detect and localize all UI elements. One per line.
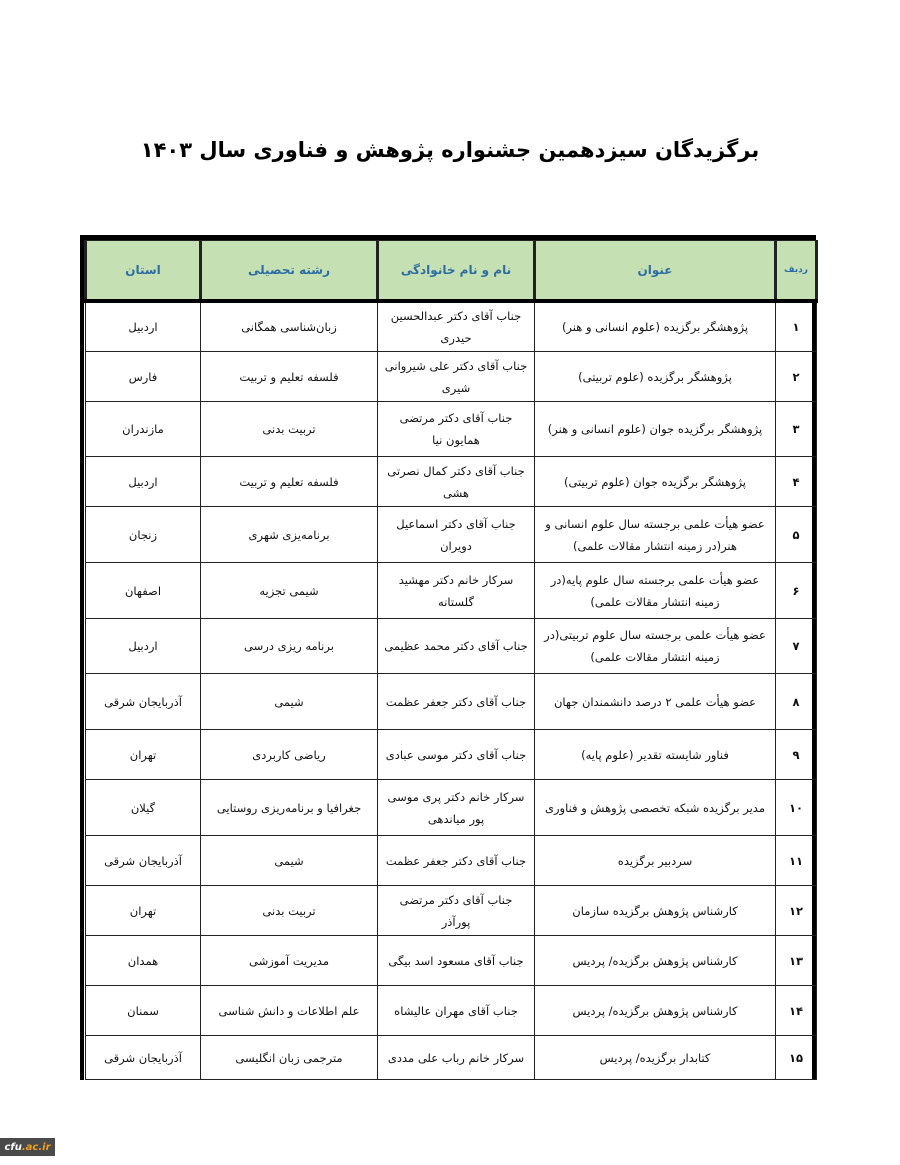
field-cell: برنامه ریزی درسی: [201, 619, 378, 674]
field-cell: علم اطلاعات و دانش شناسی: [201, 986, 378, 1036]
name-cell: جناب آقای دکتر مرتضی همایون نیا: [378, 402, 535, 457]
row-number-cell: ۱۴: [776, 986, 817, 1036]
title-cell: عضو هیأت علمی ۲ درصد دانشمندان جهان: [535, 674, 776, 730]
row-number-cell: ۳: [776, 402, 817, 457]
row-number-cell: ۹: [776, 730, 817, 780]
province-cell: سمنان: [86, 986, 201, 1036]
table-row: ۲پژوهشگر برگزیده (علوم تربیتی)جناب آقای …: [86, 352, 817, 402]
document-title: برگزیدگان سیزدهمین جشنواره پژوهش و فناور…: [0, 138, 900, 162]
name-cell: جناب آقای دکتر عبدالحسین حیدری: [378, 301, 535, 352]
province-cell: مازندران: [86, 402, 201, 457]
row-number-cell: ۸: [776, 674, 817, 730]
title-cell: کارشناس پژوهش برگزیده/ پردیس: [535, 936, 776, 986]
field-cell: مترجمی زبان انگلیسی: [201, 1036, 378, 1080]
field-cell: ریاضی کاربردی: [201, 730, 378, 780]
name-cell: سرکار خانم دکتر مهشید گلستانه: [378, 563, 535, 619]
table-row: ۸عضو هیأت علمی ۲ درصد دانشمندان جهانجناب…: [86, 674, 817, 730]
field-cell: فلسفه تعلیم و تربیت: [201, 457, 378, 507]
row-number-cell: ۷: [776, 619, 817, 674]
row-number-cell: ۱۱: [776, 836, 817, 886]
table-row: ۱۴کارشناس پژوهش برگزیده/ پردیسجناب آقای …: [86, 986, 817, 1036]
table-row: ۷عضو هیأت علمی برجسته سال علوم تربیتی(در…: [86, 619, 817, 674]
name-cell: سرکار خانم رباب علی مددی: [378, 1036, 535, 1080]
province-cell: تهران: [86, 886, 201, 936]
title-cell: فناور شایسته تقدیر (علوم پایه): [535, 730, 776, 780]
province-cell: اصفهان: [86, 563, 201, 619]
title-cell: پژوهشگر برگزیده (علوم انسانی و هنر): [535, 301, 776, 352]
name-cell: جناب آقای دکتر جعفر عظمت: [378, 836, 535, 886]
row-number-cell: ۶: [776, 563, 817, 619]
province-cell: اردبیل: [86, 619, 201, 674]
field-cell: شیمی تجزیه: [201, 563, 378, 619]
province-cell: اردبیل: [86, 301, 201, 352]
header-province: استان: [86, 241, 201, 302]
title-cell: کتابدار برگزیده/ پردیس: [535, 1036, 776, 1080]
table-row: ۱۰مدیر برگزیده شبکه تخصصی پژوهش و فناوری…: [86, 780, 817, 836]
table-row: ۱۳کارشناس پژوهش برگزیده/ پردیسجناب آقای …: [86, 936, 817, 986]
province-cell: آذربایجان شرقی: [86, 836, 201, 886]
table-row: ۶عضو هیأت علمی برجسته سال علوم پایه(در ز…: [86, 563, 817, 619]
province-cell: گیلان: [86, 780, 201, 836]
field-cell: شیمی: [201, 836, 378, 886]
field-cell: جغرافیا و برنامه‌ریزی روستایی: [201, 780, 378, 836]
table-row: ۱پژوهشگر برگزیده (علوم انسانی و هنر)جناب…: [86, 301, 817, 352]
field-cell: زبان‌شناسی همگانی: [201, 301, 378, 352]
table-row: ۹فناور شایسته تقدیر (علوم پایه)جناب آقای…: [86, 730, 817, 780]
table-row: ۱۱سردبیر برگزیدهجناب آقای دکتر جعفر عظمت…: [86, 836, 817, 886]
title-cell: سردبیر برگزیده: [535, 836, 776, 886]
row-number-cell: ۱: [776, 301, 817, 352]
header-field: رشته تحصیلی: [201, 241, 378, 302]
name-cell: جناب آقای مسعود اسد بیگی: [378, 936, 535, 986]
winners-table: ردیف عنوان نام و نام خانوادگی رشته تحصیل…: [84, 240, 818, 1080]
table-row: ۴پژوهشگر برگزیده جوان (علوم تربیتی)جناب …: [86, 457, 817, 507]
table-row: ۱۲کارشناس پژوهش برگزیده سازمانجناب آقای …: [86, 886, 817, 936]
name-cell: جناب آقای دکتر محمد عظیمی: [378, 619, 535, 674]
province-cell: همدان: [86, 936, 201, 986]
cfu-logo[interactable]: cfu.ac.ir: [0, 1138, 55, 1156]
title-cell: عضو هیأت علمی برجسته سال علوم تربیتی(در …: [535, 619, 776, 674]
province-cell: زنجان: [86, 507, 201, 563]
table-row: ۳پژوهشگر برگزیده جوان (علوم انسانی و هنر…: [86, 402, 817, 457]
winners-table-container: ردیف عنوان نام و نام خانوادگی رشته تحصیل…: [80, 235, 816, 1080]
field-cell: برنامه‌یزی شهری: [201, 507, 378, 563]
row-number-cell: ۱۵: [776, 1036, 817, 1080]
row-number-cell: ۲: [776, 352, 817, 402]
field-cell: فلسفه تعلیم و تربیت: [201, 352, 378, 402]
name-cell: جناب آقای دکتر جعفر عظمت: [378, 674, 535, 730]
row-number-cell: ۱۰: [776, 780, 817, 836]
province-cell: آذربایجان شرقی: [86, 1036, 201, 1080]
province-cell: تهران: [86, 730, 201, 780]
row-number-cell: ۱۳: [776, 936, 817, 986]
name-cell: جناب آقای دکتر علی شیروانی شیری: [378, 352, 535, 402]
table-row: ۵عضو هیأت علمی برجسته سال علوم انسانی و …: [86, 507, 817, 563]
name-cell: جناب آقای مهران عالیشاه: [378, 986, 535, 1036]
field-cell: شیمی: [201, 674, 378, 730]
row-number-cell: ۴: [776, 457, 817, 507]
logo-main-text: cfu: [4, 1142, 21, 1153]
province-cell: فارس: [86, 352, 201, 402]
title-cell: عضو هیأت علمی برجسته سال علوم انسانی و ه…: [535, 507, 776, 563]
title-cell: پژوهشگر برگزیده جوان (علوم انسانی و هنر): [535, 402, 776, 457]
name-cell: سرکار خانم دکتر پری موسی پور میاندهی: [378, 780, 535, 836]
header-row-number: ردیف: [776, 241, 817, 302]
table-row: ۱۵کتابدار برگزیده/ پردیسسرکار خانم رباب …: [86, 1036, 817, 1080]
title-cell: پژوهشگر برگزیده (علوم تربیتی): [535, 352, 776, 402]
name-cell: جناب آقای دکتر کمال نصرتی هشی: [378, 457, 535, 507]
title-cell: عضو هیأت علمی برجسته سال علوم پایه(در زم…: [535, 563, 776, 619]
province-cell: آذربایجان شرقی: [86, 674, 201, 730]
row-number-cell: ۱۲: [776, 886, 817, 936]
table-body: ۱پژوهشگر برگزیده (علوم انسانی و هنر)جناب…: [86, 301, 817, 1080]
title-cell: مدیر برگزیده شبکه تخصصی پژوهش و فناوری: [535, 780, 776, 836]
name-cell: جناب آقای دکتر موسی عبادی: [378, 730, 535, 780]
field-cell: تربیت بدنی: [201, 886, 378, 936]
field-cell: تربیت بدنی: [201, 402, 378, 457]
province-cell: اردبیل: [86, 457, 201, 507]
name-cell: جناب آقای دکتر مرتضی پورآذر: [378, 886, 535, 936]
name-cell: جناب آقای دکتر اسماعیل دویران: [378, 507, 535, 563]
header-name: نام و نام خانوادگی: [378, 241, 535, 302]
title-cell: پژوهشگر برگزیده جوان (علوم تربیتی): [535, 457, 776, 507]
title-cell: کارشناس پژوهش برگزیده/ پردیس: [535, 986, 776, 1036]
logo-domain-text: .ac.ir: [22, 1142, 51, 1153]
table-header-row: ردیف عنوان نام و نام خانوادگی رشته تحصیل…: [86, 241, 817, 302]
field-cell: مدیریت آموزشی: [201, 936, 378, 986]
row-number-cell: ۵: [776, 507, 817, 563]
title-cell: کارشناس پژوهش برگزیده سازمان: [535, 886, 776, 936]
header-title: عنوان: [535, 241, 776, 302]
